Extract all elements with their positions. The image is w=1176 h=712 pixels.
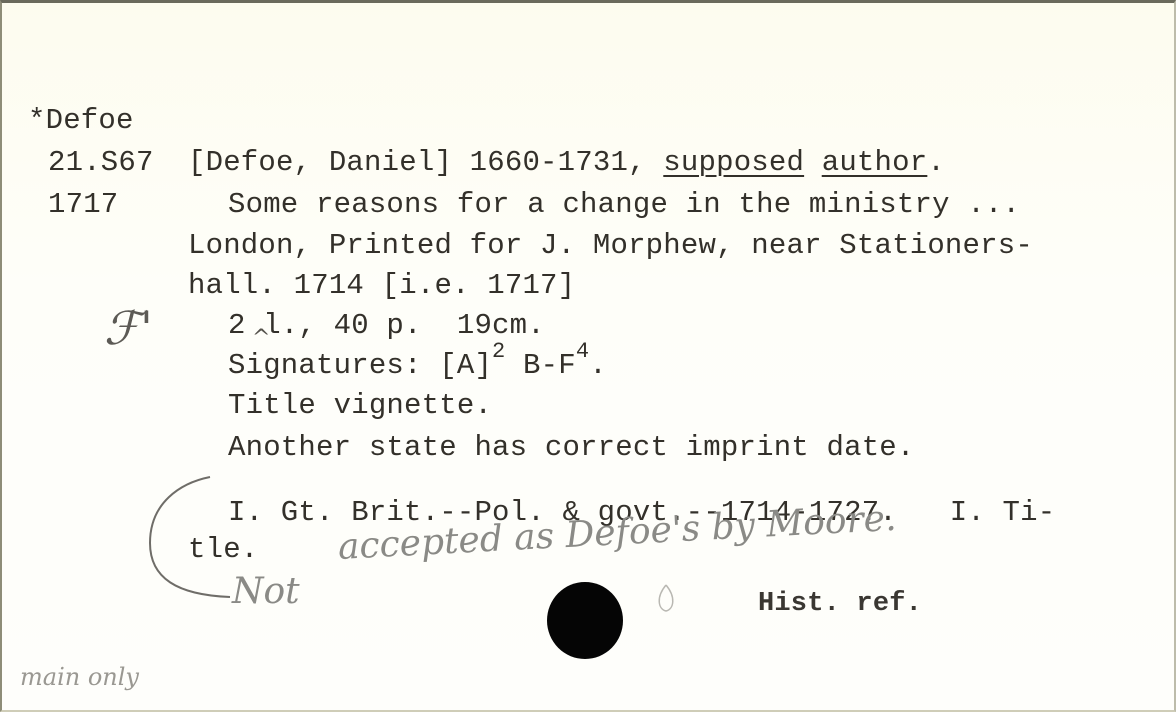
title-line: Some reasons for a change in the ministr… bbox=[228, 190, 1020, 220]
call-number-line-1: 21.S67 bbox=[48, 148, 154, 178]
author-line: [Defoe, Daniel] 1660-1731, supposed auth… bbox=[188, 148, 945, 178]
note-title-vignette: Title vignette. bbox=[228, 391, 492, 421]
imprint-line-1: London, Printed for J. Morphew, near Sta… bbox=[188, 231, 1033, 261]
hist-ref-stamp: Hist. ref. bbox=[758, 589, 922, 619]
card-punch-hole bbox=[547, 582, 623, 659]
author-name: [Defoe, Daniel] 1660-1731, bbox=[188, 146, 663, 179]
tracings-line-2: tle. bbox=[188, 535, 258, 565]
signatures: Signatures: [A]2 B-F4. bbox=[228, 351, 607, 383]
underlined-supposed: supposed bbox=[663, 146, 804, 179]
collation: 2 l., 40 p. 19cm. bbox=[228, 311, 545, 341]
handwritten-not: Not bbox=[232, 571, 300, 612]
superscript-4: 4 bbox=[576, 339, 589, 364]
call-number-line-2: 1717 bbox=[48, 190, 118, 220]
handwritten-bottom-note: main only bbox=[20, 663, 139, 691]
handwritten-initials: ℱ' bbox=[104, 301, 153, 355]
caret-mark: ^ bbox=[252, 326, 270, 351]
imprint-line-2: hall. 1714 [i.e. 1717] bbox=[188, 271, 575, 301]
superscript-2: 2 bbox=[492, 339, 505, 364]
heading: *Defoe bbox=[28, 106, 134, 136]
underlined-author: author bbox=[822, 146, 928, 179]
note-another-state: Another state has correct imprint date. bbox=[228, 433, 915, 463]
catalog-card: *Defoe 21.S67 1717 [Defoe, Daniel] 1660-… bbox=[0, 0, 1176, 712]
